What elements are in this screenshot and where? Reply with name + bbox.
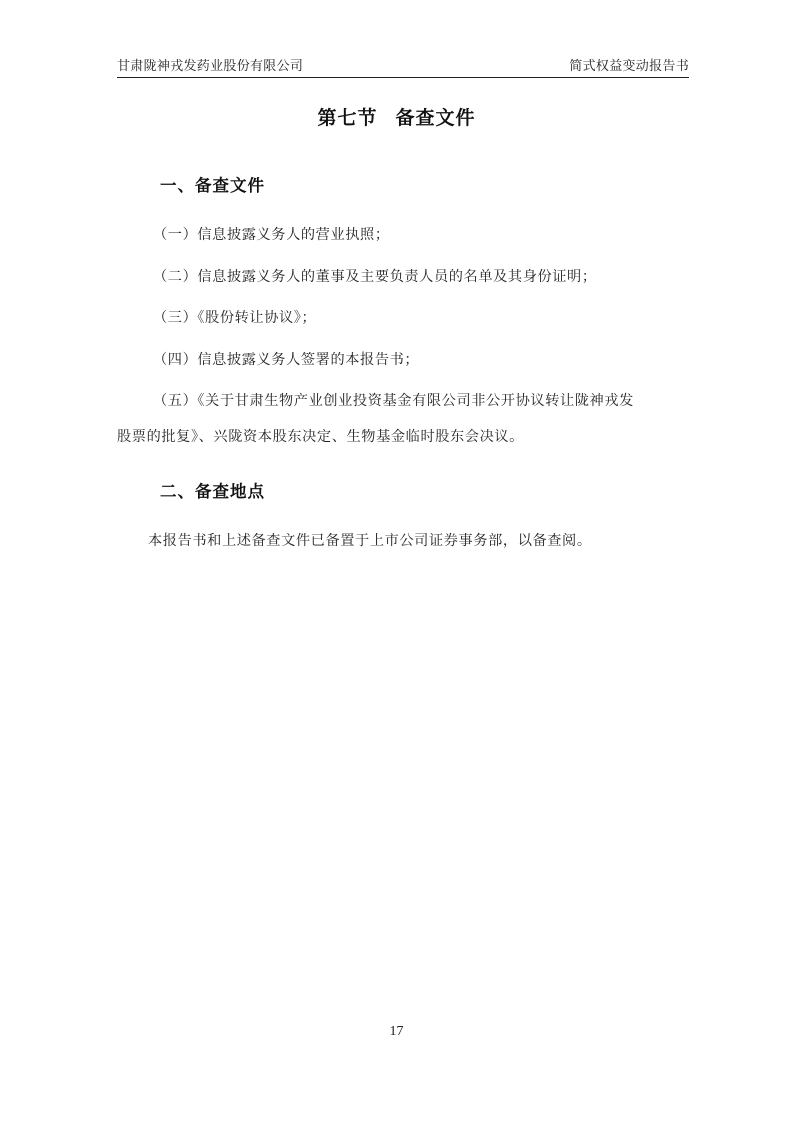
- list-item: （二）信息披露义务人的董事及主要负责人员的名单及其身份证明；: [153, 266, 597, 286]
- header-company-name: 甘肃陇神戎发药业股份有限公司: [117, 55, 303, 74]
- page-number: 17: [0, 1024, 793, 1040]
- header-document-title: 简式权益变动报告书: [569, 55, 689, 74]
- list-item: （四）信息披露义务人签署的本报告书；: [153, 349, 419, 369]
- list-item: （三）《股份转让协议》；: [153, 307, 316, 327]
- list-item: （一）信息披露义务人的营业执照；: [153, 224, 390, 244]
- list-item: （五）《关于甘肃生物产业创业投资基金有限公司非公开协议转让陇神戎发: [153, 390, 634, 410]
- section-heading-documents: 一、备查文件: [160, 172, 265, 196]
- chapter-title: 第七节备查文件: [0, 103, 793, 130]
- chapter-number: 第七节: [317, 107, 377, 129]
- section-heading-location: 二、备查地点: [160, 478, 265, 502]
- page-header: 甘肃陇神戎发药业股份有限公司 简式权益变动报告书: [117, 52, 689, 78]
- chapter-name: 备查文件: [396, 107, 476, 129]
- paragraph: 本报告书和上述备查文件已备置于上市公司证券事务部，以备查阅。: [148, 530, 592, 550]
- list-item-continuation: 股票的批复》、兴陇资本股东决定、生物基金临时股东会决议。: [117, 426, 524, 446]
